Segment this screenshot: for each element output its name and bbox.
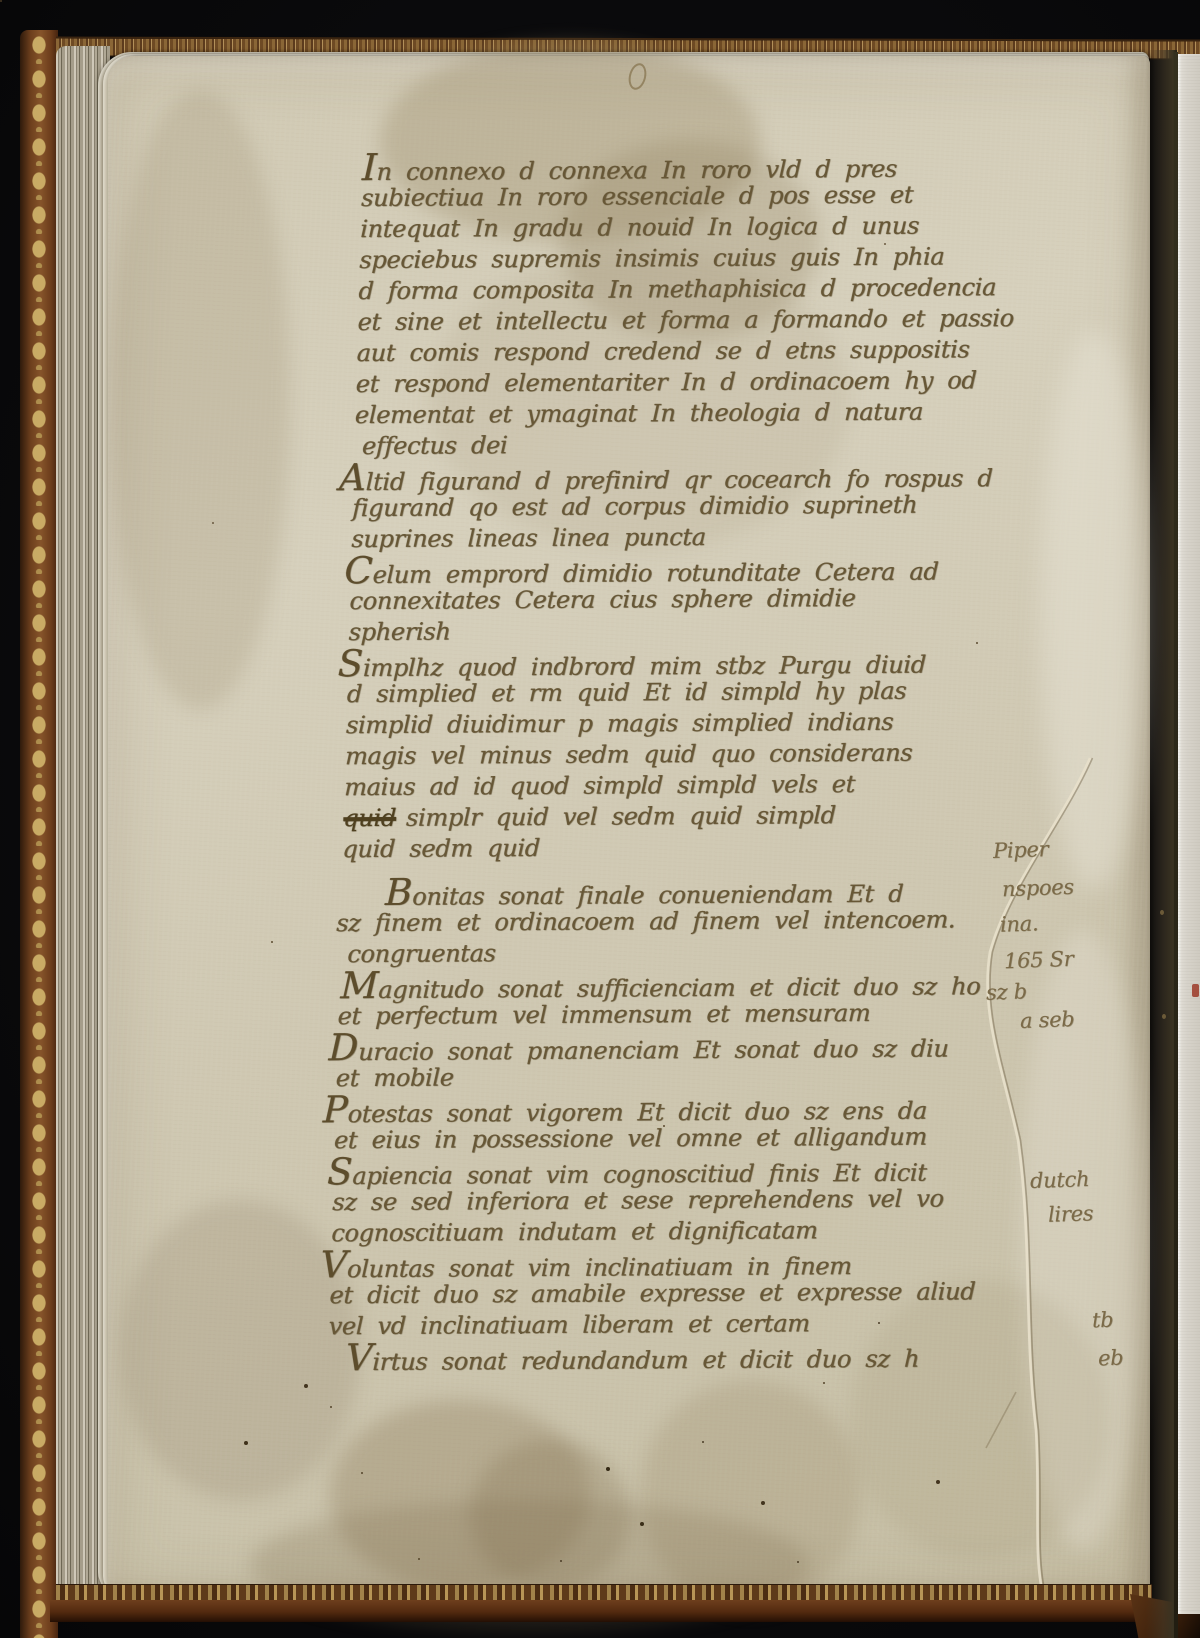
manuscript-line: suprines lineas linea puncta <box>351 520 1072 555</box>
manuscript-line: quidsimplr quid vel sedm quid simpld <box>343 799 1064 834</box>
margin-note: eb <box>1098 1346 1124 1371</box>
red-mark <box>1192 984 1199 997</box>
leather-cover-edge <box>20 30 58 1638</box>
manuscript-line: et mobile <box>335 1059 1056 1094</box>
manuscript-line: et perfectum vel immensum et mensuram <box>337 997 1058 1032</box>
manuscript-line: Bonitas sonat finale conueniendam Et d <box>385 873 1062 908</box>
manuscript-line: spherish <box>348 613 1069 648</box>
margin-note: tb <box>1092 1308 1114 1333</box>
manuscript-line: maius ad id quod simpld simpld vels et <box>344 768 1065 803</box>
manuscript-line: et dicit duo sz amabile expresse et expr… <box>329 1276 1050 1311</box>
manuscript-line: connexitates Cetera cius sphere dimidie <box>349 582 1070 617</box>
ink-speckles <box>0 0 2 2</box>
facing-page-speck <box>1162 1014 1166 1019</box>
manuscript-line: sz finem et ordinacoem ad finem vel inte… <box>336 904 1061 939</box>
gutter-shadow <box>1146 50 1177 1638</box>
manuscript-line: vel vd inclinatiuam liberam et certam <box>328 1307 1049 1342</box>
manuscript-line: Duracio sonat pmanenciam Et sonat duo sz… <box>328 1028 1057 1063</box>
manuscript-line: congruentas <box>347 935 1060 970</box>
manuscript-line: Celum emprord dimidio rotunditate Cetera… <box>344 551 1071 586</box>
manuscript-line: Sapiencia sonat vim cognoscitiud finis E… <box>327 1152 1054 1187</box>
manuscript-line: Magnitudo sonat sufficienciam et dicit d… <box>340 966 1059 1001</box>
struck-word: quid <box>343 804 396 832</box>
margin-note: a seb <box>1020 1007 1075 1033</box>
manuscript-line: et eius in possessione vel omne et allig… <box>334 1121 1055 1156</box>
margin-note: Piper <box>993 837 1049 863</box>
margin-note: 165 Sr <box>1004 947 1074 973</box>
manuscript-line: quid sedm quid <box>342 830 1063 865</box>
manuscript-line: subiectiua In roro essenciale d pos esse… <box>361 179 1082 214</box>
manuscript-line: intequat In gradu d nouid In logica d un… <box>360 210 1081 245</box>
manuscript-line: magis vel minus sedm quid quo consideran… <box>345 737 1066 772</box>
manuscript-line: Simplhz quod indbrord mim stbz Purgu diu… <box>337 644 1068 679</box>
manuscript-line: et respond elementariter In d ordinacoem… <box>355 365 1076 400</box>
manuscript-photo: In connexo d connexa In roro vld d pres … <box>0 0 1200 1638</box>
manuscript-line: Altid figurand d prefinird qr cocearch f… <box>339 458 1074 493</box>
margin-note: dutch <box>1030 1167 1090 1193</box>
manuscript-line: effectus dei <box>362 427 1075 462</box>
manuscript-line: figurand qo est ad corpus dimidio suprin… <box>352 489 1073 524</box>
manuscript-line: sz se sed inferiora et sese reprehendens… <box>332 1183 1053 1218</box>
margin-note: lires <box>1048 1201 1094 1227</box>
manuscript-line: d forma composita In methaphisica d proc… <box>358 272 1079 307</box>
manuscript-line: In connexo d connexa In roro vld d pres <box>362 148 1083 183</box>
line-text: simplr quid vel sedm quid simpld <box>406 801 837 832</box>
manuscript-line: et sine et intellectu et forma a formand… <box>357 303 1078 338</box>
facing-page-edge <box>1178 54 1200 1614</box>
margin-note: sz b <box>986 979 1028 1004</box>
manuscript-line: simplid diuidimur p magis simplied india… <box>346 706 1067 741</box>
facing-page-speck <box>1160 910 1164 915</box>
facing-page-texture <box>1178 54 1200 1614</box>
manuscript-line: speciebus supremis insimis cuius guis In… <box>359 241 1080 276</box>
margin-note: ina. <box>1000 911 1039 936</box>
manuscript-line: Virtus sonat redundandum et dicit duo sz… <box>345 1338 1048 1373</box>
manuscript-line: elementat et ymaginat In theologia d nat… <box>355 396 1076 431</box>
margin-note: nspoes <box>1002 875 1075 901</box>
text-block: In connexo d connexa In roro vld d pres … <box>327 148 1082 1374</box>
manuscript-line: Potestas sonat vigorem Et dicit duo sz e… <box>323 1090 1056 1125</box>
leather-bottom-edge <box>50 1600 1152 1622</box>
manuscript-line: cognoscitiuam indutam et dignificatam <box>331 1214 1052 1249</box>
manuscript-line: d simplied et rm quid Et id simpld hy pl… <box>347 675 1068 710</box>
manuscript-line: Voluntas sonat vim inclinatiuam in finem <box>320 1245 1051 1280</box>
manuscript-line: aut comis respond credend se d etns supp… <box>356 334 1077 369</box>
